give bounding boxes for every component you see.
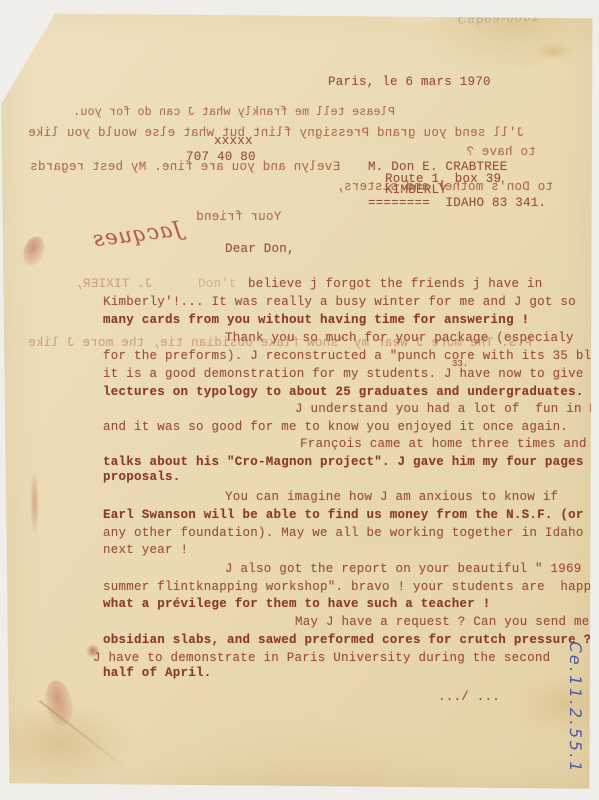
body-line: summer flintknapping workshop". bravo ! … (103, 580, 599, 594)
paper-crease (39, 700, 135, 775)
mirror-line-ps: P.S. The more J wear my "snow flake obsi… (28, 336, 532, 350)
body-line: half of April. (103, 666, 212, 680)
continuation-mark: .../ ... (438, 690, 500, 704)
recipient-city: KIMBERLY (385, 183, 447, 197)
body-line: and it was so good for me to know you en… (103, 420, 568, 434)
dateline: Paris, le 6 mars 1970 (328, 75, 491, 89)
body-line: J also got the report on your beautiful … (225, 562, 582, 576)
body-line: Kimberly'!... It was really a busy winte… (103, 295, 576, 309)
ink-stain (30, 470, 39, 534)
body-line: next year ! (103, 543, 188, 557)
mirror-signature-jacques: Jacques (91, 217, 183, 252)
strikeout-xxxxx: xxxxx (214, 134, 253, 148)
salutation: Dear Don, (225, 242, 295, 256)
body-line: J understand you had a lot of fun in Mex… (295, 402, 599, 416)
mirror-line-your-friend: Your friend (196, 210, 281, 224)
body-line: believe j forgot the friends j have in (248, 277, 543, 291)
body-line: obsidian slabs, and sawed preformed core… (103, 633, 591, 647)
body-line: it is a good demonstration for my studen… (103, 367, 584, 381)
ink-stain (42, 678, 77, 728)
body-line: May J have a request ? Can you send me s… (295, 615, 599, 629)
paper-stain (534, 42, 574, 60)
mirror-line-to-have: to have ? (466, 145, 536, 159)
body-line: what a prévilege for them to have such a… (103, 597, 491, 611)
body-line: lectures on typology to about 25 graduat… (103, 385, 584, 399)
body-line: any other foundation). May we all be wor… (103, 526, 584, 540)
body-line: You can imagine how J am anxious to know… (225, 490, 558, 504)
catalog-number-handwritten: Ce.11.2.55.1 (566, 640, 585, 776)
letter-paper: Cap69-0002Paris, le 6 mars 1970Please te… (0, 0, 599, 800)
mirror-line-send: J'll send you grand Pressigny flint but … (28, 126, 524, 140)
body-line: talks about his "Cro-Magnon project". J … (103, 455, 584, 469)
mirror-line-please: Please tell me frankly what J can do for… (73, 106, 395, 119)
body-line: for the preforms). J reconstructed a "pu… (103, 349, 599, 363)
recipient-state-zip: ======== IDAHO 83 341. (368, 196, 546, 210)
ink-stain (19, 233, 48, 268)
body-line: Earl Swanson will be able to find us mon… (103, 508, 584, 522)
body-line: proposals. (103, 470, 181, 484)
mirror-signature-tixier: J. TIXIER, (75, 277, 153, 291)
body-line: J have to demonstrate in Paris Universit… (93, 651, 550, 665)
pencil-note: Cap69-0002 (458, 11, 541, 27)
body-line: François came at home three times and we… (300, 437, 599, 451)
scanned-letter: Cap69-0002Paris, le 6 mars 1970Please te… (0, 0, 599, 800)
body-line: many cards from you without having time … (103, 313, 529, 327)
mirror-line-evelyn: Evelyn and you are fine. My best regards (30, 160, 340, 174)
body-line-ghost: Don't (198, 277, 237, 291)
